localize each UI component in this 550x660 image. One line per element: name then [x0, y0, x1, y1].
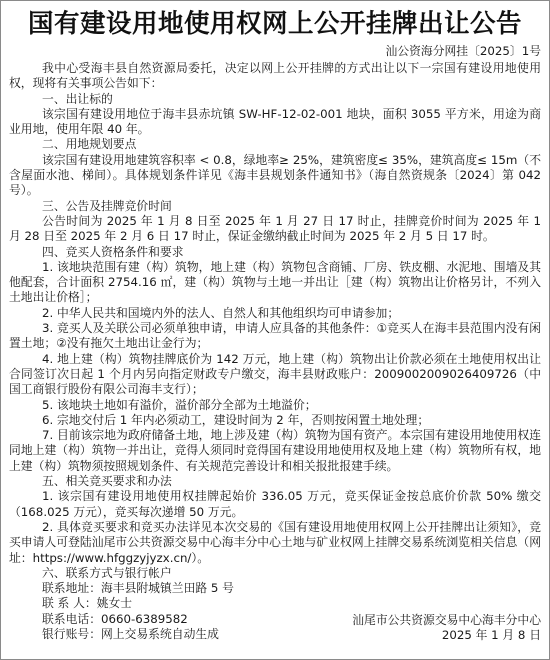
section-paragraph: 1. 该宗国有建设用地使用权挂牌起始价 336.05 万元，竞买保证金按总底价价… [9, 489, 541, 520]
intro-paragraph: 我中心受海丰县自然资源局委托，决定以网上公开挂牌的方式出让以下一宗国有建设用地使… [9, 61, 541, 92]
section-paragraph-with-link[interactable]: 2. 具体竞买要求和竞买办法详见本次交易的《国有建设用地使用权网上公开挂牌出让须… [9, 520, 541, 566]
page-title: 国有建设用地使用权网上公开挂牌出让公告 [1, 7, 549, 41]
signature-date: 2025 年 1 月 8 日 [352, 628, 541, 643]
section-paragraph: 4. 地上建（构）筑物挂牌底价为 142 万元，地上建（构）筑物出让价款必须在土… [9, 352, 541, 398]
section-heading: 一、出让标的 [9, 92, 541, 107]
section-paragraph: 5. 该地块土地如有溢价，溢价部分全部为土地溢价； [9, 398, 541, 413]
section-paragraph: 公告时间为 2025 年 1 月 8 日至 2025 年 1 月 27 日 17… [9, 214, 541, 245]
section-paragraph: 6. 宗地交付后 1 年内必须动工，建设时间为 2 年，否则按闲置土地处理； [9, 413, 541, 428]
section-paragraph: 2. 中华人民共和国境内外的法人、自然人和其他组织均可申请参加； [9, 306, 541, 321]
section-heading: 三、公告及挂牌竞价时间 [9, 199, 541, 214]
section-paragraph: 该宗国有建设用地建筑容积率 < 0.8，绿地率≥ 25%，建筑密度≤ 35%，建… [9, 153, 541, 199]
contact-address: 联系地址：海丰县附城镇兰田路 5 号 [9, 581, 541, 596]
notice-body: 我中心受海丰县自然资源局委托，决定以网上公开挂牌的方式出让以下一宗国有建设用地使… [9, 61, 541, 642]
contact-person: 联 系 人：姚女士 [9, 596, 541, 611]
section-paragraph: 7. 目前该宗地为政府储备土地，地上涉及建（构）筑物为国有资产。本宗国有建设用地… [9, 428, 541, 474]
section-heading: 二、用地规划要点 [9, 137, 541, 152]
section-heading: 四、竞买人资格条件和要求 [9, 245, 541, 260]
signature-org: 汕尾市公共资源交易中心海丰分中心 [352, 613, 541, 628]
section-paragraph: 3. 竞买人及关联公司必须单独申请，申请人应具备的其他条件：①竞买人在海丰县范围… [9, 321, 541, 352]
section-paragraph: 1. 该地块范围有建（构）筑物，地上建（构）筑物包含商铺、厂房、铁皮棚、水泥地、… [9, 260, 541, 306]
document-number: 汕公资海分网挂〔2025〕1号 [386, 44, 542, 59]
signature-block: 汕尾市公共资源交易中心海丰分中心 2025 年 1 月 8 日 [352, 613, 541, 644]
section-heading: 五、相关竞买要求和办法 [9, 474, 541, 489]
section-heading: 六、联系方式与银行帐户 [9, 566, 541, 581]
notice-page: 国有建设用地使用权网上公开挂牌出让公告 汕公资海分网挂〔2025〕1号 我中心受… [0, 0, 550, 660]
section-paragraph: 该宗国有建设用地位于海丰县赤坑镇 SW-HF-12-02-001 地块，面积 3… [9, 107, 541, 138]
